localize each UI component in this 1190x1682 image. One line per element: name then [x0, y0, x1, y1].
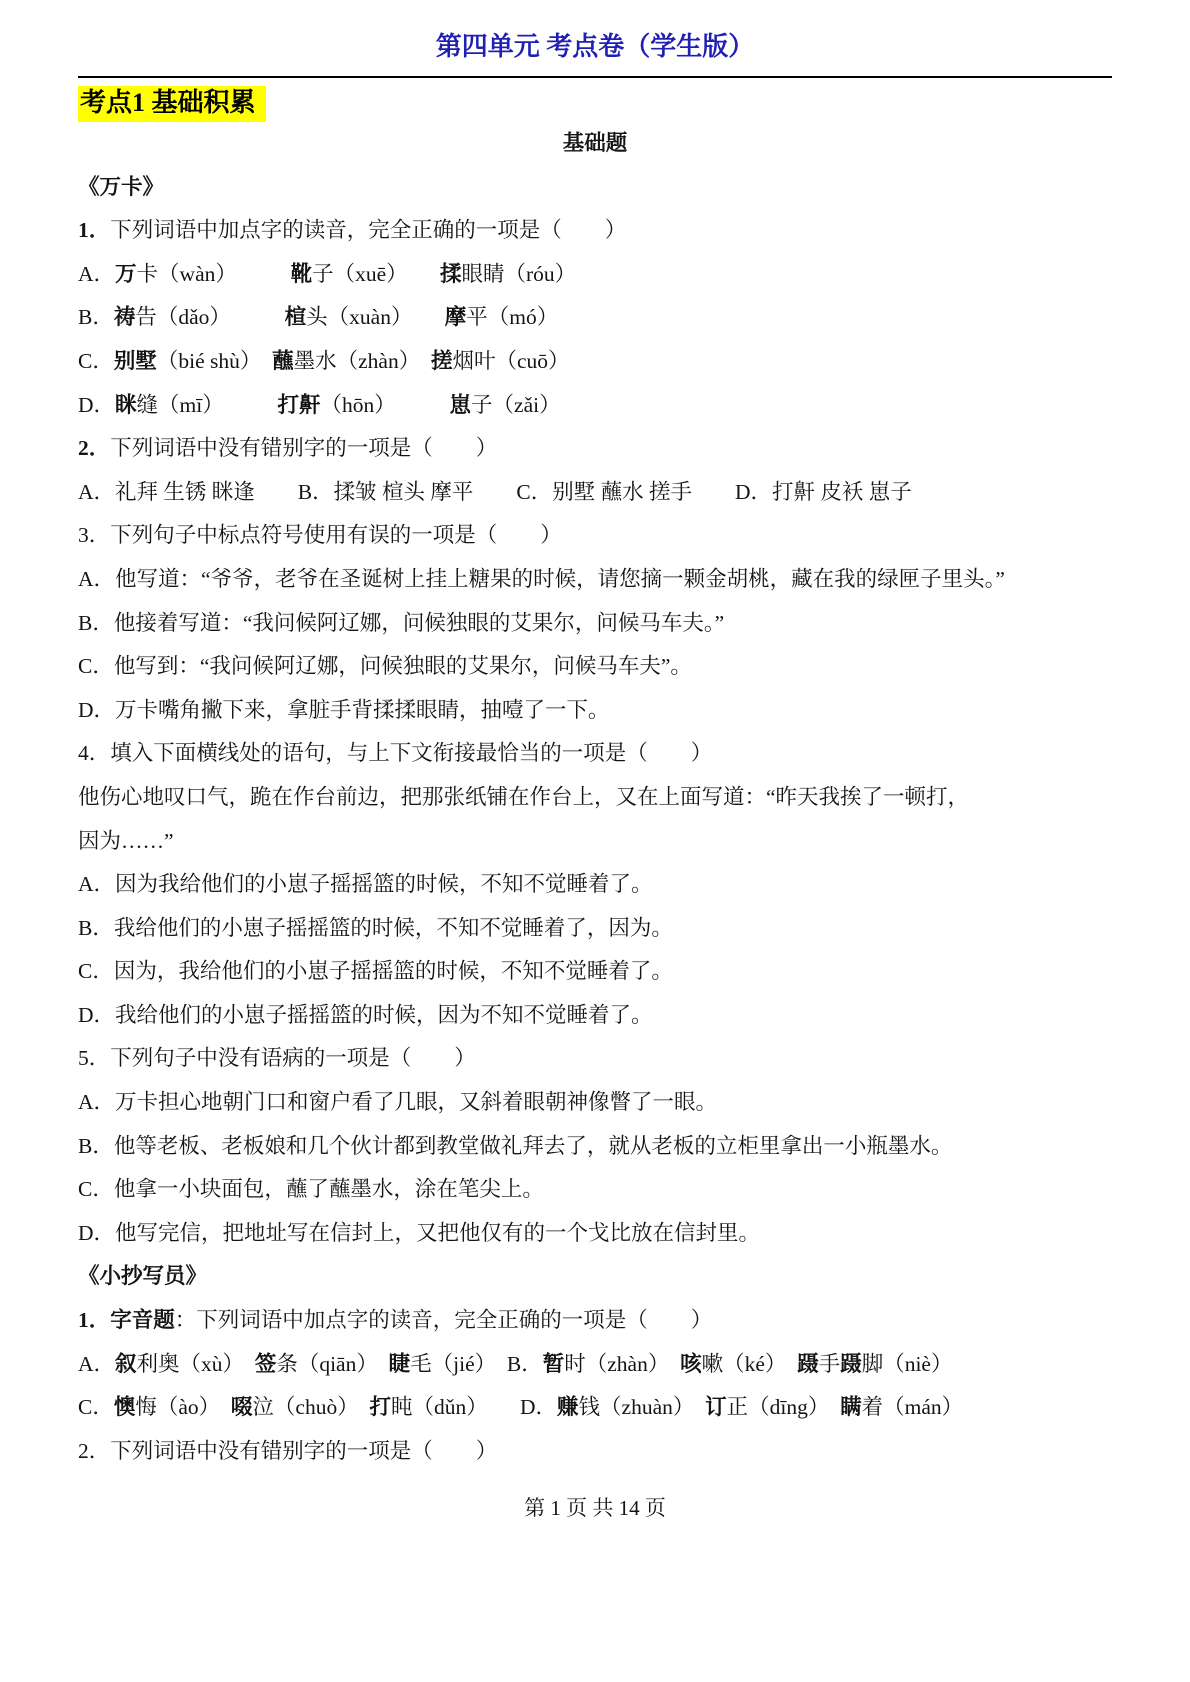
- header-divider: [78, 76, 1112, 78]
- text: D．他写完信，把地址写在信封上，又把他仅有的一个戈比放在信封里。: [78, 1221, 760, 1245]
- text: 墨水（zhàn）: [294, 349, 431, 373]
- document-line: D．眯缝（mī） 打鼾（hōn） 崽子（zǎi）: [78, 384, 1112, 428]
- emphasized-text: 《小抄写员》: [78, 1264, 207, 1288]
- document-line: 《小抄写员》: [78, 1255, 1112, 1299]
- document-line: 因为……”: [78, 820, 1112, 864]
- text: ：下列词语中加点字的读音，完全正确的一项是（ ）: [175, 1308, 713, 1332]
- emphasized-text: 1．字音题: [78, 1308, 175, 1332]
- emphasized-text: 2．: [78, 436, 110, 460]
- document-line: 5．下列句子中没有语病的一项是（ ）: [78, 1037, 1112, 1081]
- document-line: D．他写完信，把地址写在信封上，又把他仅有的一个戈比放在信封里。: [78, 1212, 1112, 1256]
- document-line: C．别墅（bié shù） 蘸墨水（zhàn） 搓烟叶（cuō）: [78, 340, 1112, 384]
- document-line: A．叙利奥（xù） 签条（qiān） 睫毛（jié） B．暂时（zhàn） 咳嗽…: [78, 1343, 1112, 1387]
- text: A．: [78, 1352, 115, 1376]
- emphasized-text: 订: [705, 1395, 727, 1419]
- text: B．他等老板、老板娘和几个伙计都到教堂做礼拜去了，就从老板的立柜里拿出一小瓶墨水…: [78, 1134, 952, 1158]
- text: 3．下列句子中标点符号使用有误的一项是（ ）: [78, 523, 562, 547]
- document-line: D．我给他们的小崽子摇摇篮的时候，因为不知不觉睡着了。: [78, 994, 1112, 1038]
- emphasized-text: 打: [369, 1395, 391, 1419]
- document-line: C．他拿一小块面包，蘸了蘸墨水，涂在笔尖上。: [78, 1168, 1112, 1212]
- document-line: 他伤心地叹口气，跪在作台前边，把那张纸铺在作台上，又在上面写道：“昨天我挨了一顿…: [78, 776, 1112, 820]
- text: 下列词语中没有错别字的一项是（ ）: [110, 436, 497, 460]
- emphasized-text: 《万卡》: [78, 175, 164, 199]
- emphasized-text: 蘸: [272, 349, 294, 373]
- document-line: C．懊悔（ào） 啜泣（chuò） 打盹（dǔn） D．赚钱（zhuàn） 订正…: [78, 1386, 1112, 1430]
- emphasized-text: 暂: [543, 1352, 565, 1376]
- text: 子（xuē）: [312, 262, 440, 286]
- emphasized-text: 揉: [440, 262, 462, 286]
- section-heading: 考点1 基础积累: [78, 86, 266, 122]
- text: C．: [78, 349, 114, 373]
- text: B．我给他们的小崽子摇摇篮的时候，不知不觉睡着了，因为。: [78, 916, 673, 940]
- text: 眼睛（róu）: [461, 262, 576, 286]
- text: 头（xuàn）: [306, 305, 445, 329]
- emphasized-text: 搓: [431, 349, 453, 373]
- document-line: 1．字音题：下列词语中加点字的读音，完全正确的一项是（ ）: [78, 1299, 1112, 1343]
- document-line: 1．下列词语中加点字的读音，完全正确的一项是（ ）: [78, 209, 1112, 253]
- emphasized-text: 祷: [114, 305, 136, 329]
- text: 卡（wàn）: [137, 262, 291, 286]
- text: 盹（dǔn） D．: [391, 1395, 557, 1419]
- emphasized-text: 崽: [450, 393, 472, 417]
- document-line: D．万卡嘴角撇下来，拿脏手背揉揉眼睛，抽噎了一下。: [78, 689, 1112, 733]
- emphasized-text: 楦: [285, 305, 307, 329]
- document-line: 基础题: [78, 122, 1112, 166]
- text: 正（dīng）: [727, 1395, 840, 1419]
- text: 下列词语中加点字的读音，完全正确的一项是（ ）: [110, 218, 626, 242]
- emphasized-text: 叙: [115, 1352, 137, 1376]
- emphasized-text: 基础题: [563, 131, 628, 155]
- document-line: C．因为，我给他们的小崽子摇摇篮的时候，不知不觉睡着了。: [78, 950, 1112, 994]
- emphasized-text: 签: [255, 1352, 277, 1376]
- text: D．: [78, 393, 115, 417]
- document-line: 2．下列词语中没有错别字的一项是（ ）: [78, 427, 1112, 471]
- text: 他伤心地叹口气，跪在作台前边，把那张纸铺在作台上，又在上面写道：“昨天我挨了一顿…: [78, 785, 969, 809]
- text: A．礼拜 生锈 眯逢 B．揉皱 楦头 摩平 C．别墅 蘸水 搓手 D．打鼾 皮袄…: [78, 480, 912, 504]
- emphasized-text: 瞒: [840, 1395, 862, 1419]
- text: 悔（ào）: [135, 1395, 231, 1419]
- document-line: 2．下列词语中没有错别字的一项是（ ）: [78, 1430, 1112, 1474]
- text: 着（mán）: [862, 1395, 964, 1419]
- document-line: B．祷告（dǎo） 楦头（xuàn） 摩平（mó）: [78, 296, 1112, 340]
- text: C．他写到：“我问候阿辽娜，问候独眼的艾果尔，问候马车夫”。: [78, 654, 692, 678]
- emphasized-text: 万: [115, 262, 137, 286]
- document-line: 3．下列句子中标点符号使用有误的一项是（ ）: [78, 514, 1112, 558]
- text: 缝（mī）: [137, 393, 278, 417]
- text: 泣（chuò）: [252, 1395, 369, 1419]
- text: A．因为我给他们的小崽子摇摇篮的时候，不知不觉睡着了。: [78, 872, 653, 896]
- text: B．: [78, 305, 114, 329]
- text: 4．填入下面横线处的语句，与上下文衔接最恰当的一项是（ ）: [78, 741, 712, 765]
- text: 烟叶（cuō）: [453, 349, 570, 373]
- text: B．他接着写道：“我问候阿辽娜，问候独眼的艾果尔，问候马车夫。”: [78, 611, 724, 635]
- text: 因为……”: [78, 829, 174, 853]
- document-line: 《万卡》: [78, 166, 1112, 210]
- emphasized-text: 打鼾: [278, 393, 321, 417]
- document-line: 4．填入下面横线处的语句，与上下文衔接最恰当的一项是（ ）: [78, 732, 1112, 776]
- text: 脚（niè）: [862, 1352, 953, 1376]
- document-page: 第四单元 考点卷（学生版） 考点1 基础积累 基础题《万卡》1．下列词语中加点字…: [0, 0, 1190, 1682]
- text: 告（dǎo）: [135, 305, 284, 329]
- text: 平（mó）: [466, 305, 558, 329]
- document-line: A．因为我给他们的小崽子摇摇篮的时候，不知不觉睡着了。: [78, 863, 1112, 907]
- emphasized-text: 1．: [78, 218, 110, 242]
- text: 嗽（ké）: [702, 1352, 798, 1376]
- text: （hōn）: [321, 393, 450, 417]
- text: 手: [819, 1352, 841, 1376]
- text: D．万卡嘴角撇下来，拿脏手背揉揉眼睛，抽噎了一下。: [78, 698, 610, 722]
- text: 5．下列句子中没有语病的一项是（ ）: [78, 1046, 476, 1070]
- emphasized-text: 眯: [115, 393, 137, 417]
- document-line: B．他等老板、老板娘和几个伙计都到教堂做礼拜去了，就从老板的立柜里拿出一小瓶墨水…: [78, 1125, 1112, 1169]
- text: （bié shù）: [157, 349, 272, 373]
- text: 子（zǎi）: [471, 393, 561, 417]
- text: A．他写道：“爷爷，老爷在圣诞树上挂上糖果的时候，请您摘一颗金胡桃，藏在我的绿匣…: [78, 567, 1005, 591]
- document-line: A．礼拜 生锈 眯逢 B．揉皱 楦头 摩平 C．别墅 蘸水 搓手 D．打鼾 皮袄…: [78, 471, 1112, 515]
- text: A．万卡担心地朝门口和窗户看了几眼，又斜着眼朝神像瞥了一眼。: [78, 1090, 717, 1114]
- emphasized-text: 啜: [231, 1395, 253, 1419]
- emphasized-text: 赚: [557, 1395, 579, 1419]
- emphasized-text: 别墅: [114, 349, 157, 373]
- text: 条（qiān）: [276, 1352, 388, 1376]
- emphasized-text: 摩: [445, 305, 467, 329]
- document-line: B．他接着写道：“我问候阿辽娜，问候独眼的艾果尔，问候马车夫。”: [78, 602, 1112, 646]
- emphasized-text: 蹑: [797, 1352, 819, 1376]
- document-body: 基础题《万卡》1．下列词语中加点字的读音，完全正确的一项是（ ）A．万卡（wàn…: [78, 122, 1112, 1473]
- text: 利奥（xù）: [137, 1352, 255, 1376]
- text: 钱（zhuàn）: [579, 1395, 706, 1419]
- emphasized-text: 睫: [389, 1352, 411, 1376]
- emphasized-text: 懊: [114, 1395, 136, 1419]
- document-line: A．万卡（wàn） 靴子（xuē） 揉眼睛（róu）: [78, 253, 1112, 297]
- emphasized-text: 靴: [291, 262, 313, 286]
- page-title: 第四单元 考点卷（学生版）: [78, 30, 1112, 64]
- text: 2．下列词语中没有错别字的一项是（ ）: [78, 1439, 497, 1463]
- page-number-footer: 第 1 页 共 14 页: [0, 1492, 1190, 1522]
- emphasized-text: 咳: [680, 1352, 702, 1376]
- emphasized-text: 蹑: [840, 1352, 862, 1376]
- text: 时（zhàn）: [564, 1352, 680, 1376]
- document-line: C．他写到：“我问候阿辽娜，问候独眼的艾果尔，问候马车夫”。: [78, 645, 1112, 689]
- text: D．我给他们的小崽子摇摇篮的时候，因为不知不觉睡着了。: [78, 1003, 653, 1027]
- text: C．他拿一小块面包，蘸了蘸墨水，涂在笔尖上。: [78, 1177, 544, 1201]
- document-line: B．我给他们的小崽子摇摇篮的时候，不知不觉睡着了，因为。: [78, 907, 1112, 951]
- text: A．: [78, 262, 115, 286]
- document-line: A．他写道：“爷爷，老爷在圣诞树上挂上糖果的时候，请您摘一颗金胡桃，藏在我的绿匣…: [78, 558, 1112, 602]
- text: C．因为，我给他们的小崽子摇摇篮的时候，不知不觉睡着了。: [78, 959, 673, 983]
- text: C．: [78, 1395, 114, 1419]
- document-line: A．万卡担心地朝门口和窗户看了几眼，又斜着眼朝神像瞥了一眼。: [78, 1081, 1112, 1125]
- text: 毛（jié） B．: [410, 1352, 543, 1376]
